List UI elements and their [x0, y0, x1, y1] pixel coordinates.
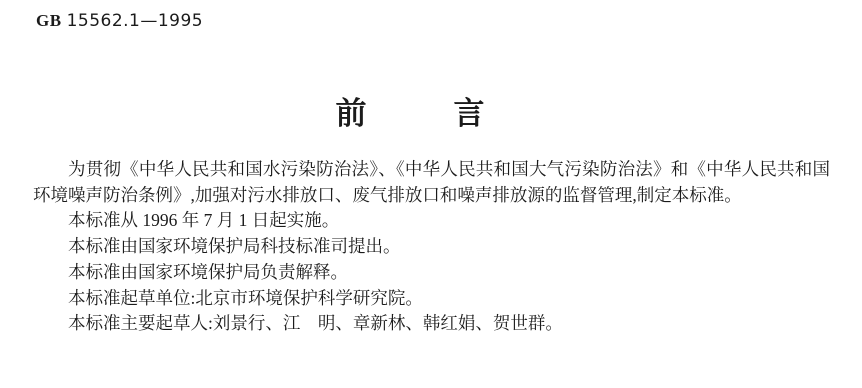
foreword-title: 前 言 [0, 97, 841, 131]
standard-code: GB 15562.1—1995 [36, 10, 203, 31]
foreword-title-char-right: 言 [454, 97, 485, 131]
foreword-body: 为贯彻《中华人民共和国水污染防治法》、《中华人民共和国大气污染防治法》和《中华人… [33, 157, 830, 337]
foreword-title-char-left: 前 [336, 97, 367, 131]
paragraph-drafting-unit: 本标准起草单位:北京市环境保护科学研究院。 [33, 286, 830, 312]
paragraph-effective-date: 本标准从 1996 年 7 月 1 日起实施。 [33, 208, 830, 234]
document-page: GB 15562.1—1995 前 言 为贯彻《中华人民共和国水污染防治法》、《… [0, 0, 862, 388]
paragraph-main-drafters: 本标准主要起草人:刘景行、江 明、章新林、韩红娟、贺世群。 [33, 311, 830, 337]
paragraph-proposed-by: 本标准由国家环境保护局科技标准司提出。 [33, 234, 830, 260]
standard-code-prefix: GB [36, 11, 62, 30]
paragraph-purpose: 为贯彻《中华人民共和国水污染防治法》、《中华人民共和国大气污染防治法》和《中华人… [33, 157, 830, 208]
standard-code-number: 15562.1—1995 [67, 11, 204, 31]
paragraph-interpreted-by: 本标准由国家环境保护局负责解释。 [33, 260, 830, 286]
